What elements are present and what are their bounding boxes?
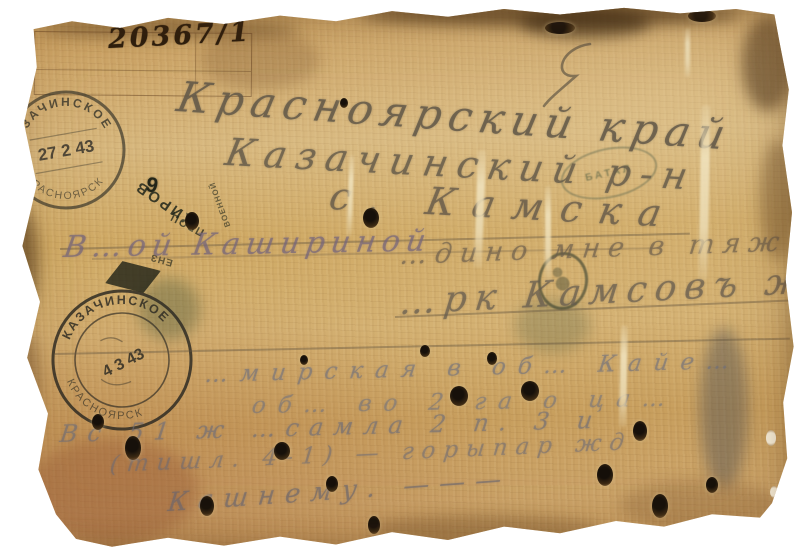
birch-bark-card: 20367/1 КАЗАЧИНСКОЕ КРАСНОЯРСК 27 2 43 К… bbox=[0, 0, 800, 559]
bark-knot bbox=[545, 22, 575, 34]
frame-inner-hline bbox=[35, 69, 251, 72]
bark-knot bbox=[274, 442, 290, 460]
bark-knot bbox=[326, 476, 338, 492]
bark-shade-patch bbox=[370, 515, 600, 545]
svg-text:КАЗАЧИНСКОЕ: КАЗАЧИНСКОЕ bbox=[59, 284, 175, 355]
bark-knot bbox=[487, 352, 497, 365]
bark-knot bbox=[340, 98, 348, 108]
bark-knot bbox=[92, 414, 104, 430]
postmark-top-rim-bottom-text: КРАСНОЯРСК bbox=[22, 160, 108, 209]
bark-knot bbox=[185, 212, 199, 230]
bark-knot bbox=[652, 494, 668, 518]
censor-fragment-voennoy: ВОЕННОЙ bbox=[207, 181, 232, 229]
bark-knot bbox=[688, 10, 716, 22]
bark-knot bbox=[521, 381, 539, 401]
bark-tear-streak bbox=[545, 186, 551, 281]
bark-shade-patch bbox=[620, 480, 780, 530]
postmark-top-date: 27 2 43 bbox=[37, 136, 96, 165]
bark-knot bbox=[420, 345, 430, 357]
bark-shade-patch bbox=[520, 8, 650, 38]
bark-knot bbox=[597, 464, 613, 486]
postmark-top-left: КАЗАЧИНСКОЕ КРАСНОЯРСК 27 2 43 bbox=[0, 74, 142, 227]
birch-bark-letter-photo: 20367/1 КАЗАЧИНСКОЕ КРАСНОЯРСК 27 2 43 К… bbox=[0, 0, 800, 559]
bark-shade-patch bbox=[6, 208, 38, 318]
bark-hole bbox=[770, 486, 778, 498]
bark-tear-streak bbox=[685, 28, 690, 78]
bark-shade-patch bbox=[12, 330, 40, 450]
bark-knot bbox=[706, 477, 718, 493]
bark-shade-patch bbox=[742, 16, 794, 111]
lower-line-f: …мирская в об… Кайе… bbox=[203, 348, 743, 388]
bark-knot bbox=[200, 496, 214, 516]
bark-hole bbox=[766, 430, 776, 446]
bark-knot bbox=[368, 516, 380, 534]
bark-knot bbox=[125, 436, 141, 460]
bark-knot bbox=[450, 386, 468, 406]
bark-knot bbox=[363, 208, 379, 228]
svg-text:КРАСНОЯРСК: КРАСНОЯРСК bbox=[22, 160, 108, 209]
postmark-bottom-rim-text: КАЗАЧИНСКОЕ bbox=[59, 284, 175, 355]
bark-knot bbox=[633, 421, 647, 441]
bark-knot bbox=[300, 355, 308, 365]
cursive-line-mid2: …рк Камсовъ ж bbox=[397, 260, 800, 323]
cursive-line-addressee: В…ой Кашириной bbox=[61, 224, 434, 266]
